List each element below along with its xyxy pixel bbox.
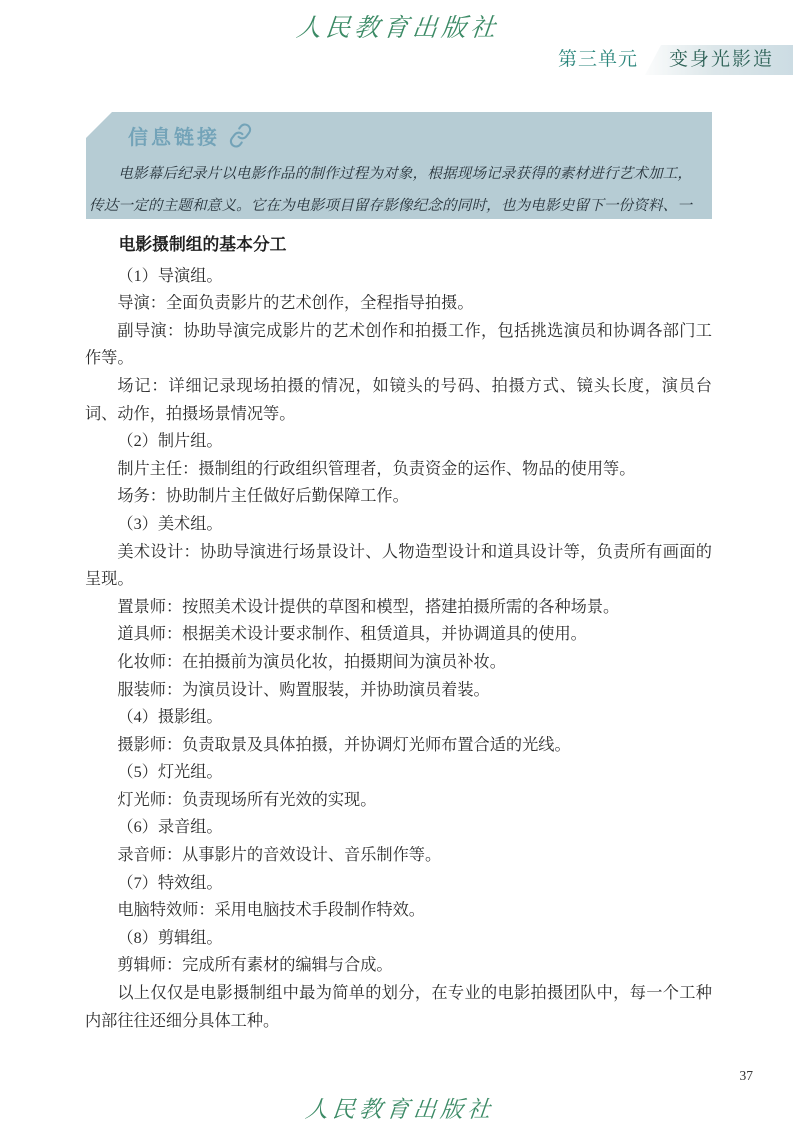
article-paragraph: 制片主任：摄制组的行政组织管理者，负责资金的运作、物品的使用等。 bbox=[85, 456, 712, 484]
article-paragraph: 剪辑师：完成所有素材的编辑与合成。 bbox=[85, 952, 712, 980]
article-paragraph: （4）摄影组。 bbox=[85, 704, 712, 732]
article-heading: 电影摄制组的基本分工 bbox=[85, 231, 712, 259]
unit-header: 第三单元 变身光影造梦师 bbox=[558, 45, 793, 75]
publisher-logo-bottom: 人民教育出版社 bbox=[304, 1091, 496, 1122]
article-paragraph: 导演：全面负责影片的艺术创作，全程指导拍摄。 bbox=[85, 290, 712, 318]
info-box-title: 信息链接 bbox=[128, 121, 220, 150]
article-paragraph: 以上仅仅是电影摄制组中最为简单的划分，在专业的电影拍摄团队中，每一个工种内部往往… bbox=[85, 980, 712, 1035]
unit-title: 变身光影造梦师 bbox=[669, 49, 774, 101]
article-paragraph: 服装师：为演员设计、购置服装，并协助演员着装。 bbox=[85, 677, 712, 705]
article-paragraph: （7）特效组。 bbox=[85, 870, 712, 898]
publisher-logo-top: 人民教育出版社 bbox=[295, 8, 502, 44]
article-paragraph: 灯光师：负责现场所有光效的实现。 bbox=[85, 787, 712, 815]
textbook-page: { "page": { "publisher_logo": "人民教育出版社",… bbox=[0, 0, 793, 1122]
info-box-header: 信息链接 bbox=[128, 121, 253, 150]
article-paragraph: 摄影师：负责取景及具体拍摄，并协调灯光师布置合适的光线。 bbox=[85, 732, 712, 760]
unit-label: 第三单元 bbox=[558, 45, 638, 75]
article-paragraph: 电脑特效师：采用电脑技术手段制作特效。 bbox=[85, 897, 712, 925]
article-paragraph: 化妆师：在拍摄前为演员化妆，拍摄期间为演员补妆。 bbox=[85, 649, 712, 677]
article-paragraph: （2）制片组。 bbox=[85, 428, 712, 456]
link-icon bbox=[226, 121, 254, 149]
article-paragraph: 副导演：协助导演完成影片的艺术创作和拍摄工作，包括挑选演员和协调各部门工作等。 bbox=[85, 318, 712, 373]
info-box: 信息链接 电影幕后纪录片以电影作品的制作过程为对象，根据现场记录获得的素材进行艺… bbox=[86, 112, 712, 219]
article-paragraph: 录音师：从事影片的音效设计、音乐制作等。 bbox=[85, 842, 712, 870]
article-paragraph: （6）录音组。 bbox=[85, 814, 712, 842]
article-paragraph: 置景师：按照美术设计提供的草图和模型，搭建拍摄所需的各种场景。 bbox=[85, 594, 712, 622]
article-paragraph: （1）导演组。 bbox=[85, 263, 712, 291]
article: 电影摄制组的基本分工 （1）导演组。 导演：全面负责影片的艺术创作，全程指导拍摄… bbox=[85, 231, 712, 1035]
article-paragraph: 道具师：根据美术设计要求制作、租赁道具，并协调道具的使用。 bbox=[85, 621, 712, 649]
article-paragraph: 场记：详细记录现场拍摄的情况，如镜头的号码、拍摄方式、镜头长度，演员台词、动作，… bbox=[85, 373, 712, 428]
unit-title-tab: 变身光影造梦师 bbox=[645, 45, 793, 75]
article-paragraph: （5）灯光组。 bbox=[85, 759, 712, 787]
article-paragraph: 美术设计：协助导演进行场景设计、人物造型设计和道具设计等，负责所有画面的呈现。 bbox=[85, 539, 712, 594]
article-paragraph: （3）美术组。 bbox=[85, 511, 712, 539]
article-paragraph: 场务：协助制片主任做好后勤保障工作。 bbox=[85, 483, 712, 511]
article-paragraph: （8）剪辑组。 bbox=[85, 925, 712, 953]
page-number: 37 bbox=[740, 1068, 754, 1084]
